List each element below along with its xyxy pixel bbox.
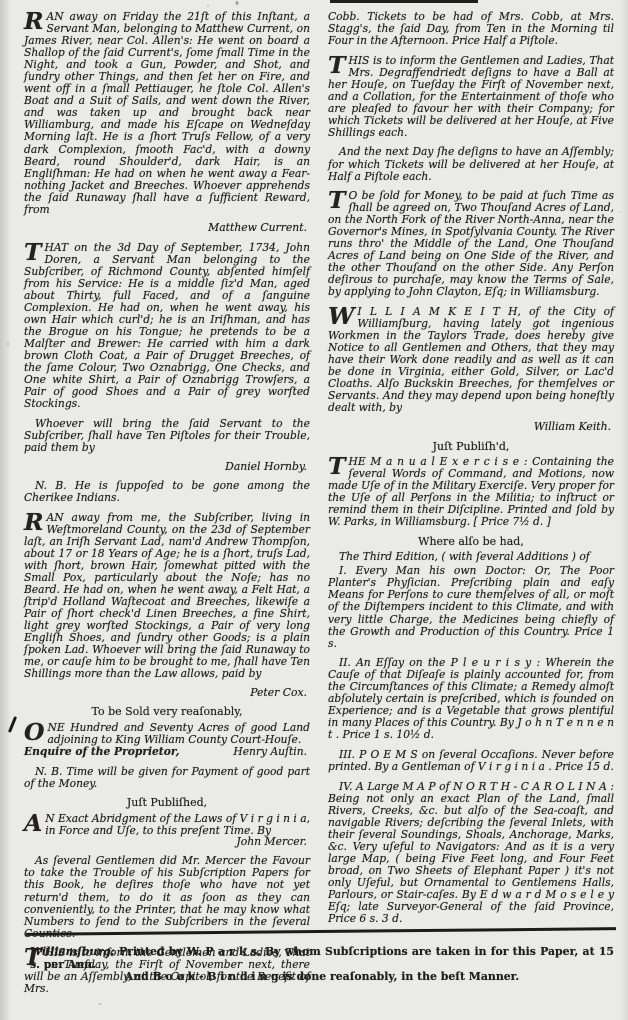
ad-text: I L L I A M K E I T H, of the City of Wi… <box>328 305 614 414</box>
imprint-text: Printed by W. P a r k s. By whom Subſcri… <box>30 945 614 971</box>
mercer-subscription-note: As ſeveral Gentlemen did Mr. Mercer the … <box>24 855 310 939</box>
ad-text: HIS is to inform the Gentlemen and Ladie… <box>328 54 614 139</box>
ad-text: HE M a n u a l E x e r c i s e : Contain… <box>328 455 614 528</box>
ad-cobb-continuation: Cobb. Tickets to be had of Mrs. Cobb, at… <box>328 11 614 47</box>
signature-john-mercer: John Mercer. <box>24 836 307 848</box>
dropcap-letter: T <box>328 456 349 477</box>
dropcap-letter: A <box>24 813 45 834</box>
nota-bene-cherikee: N. B. He is ſuppoſed to be gone among th… <box>24 480 310 504</box>
ad-north-anna-land: TO be ſold for Money, to be paid at ſuch… <box>328 190 614 298</box>
signature-matthew-current: Matthew Current. <box>24 222 307 234</box>
signature-henry-austin: Henry Auſtin. <box>233 746 307 758</box>
dropcap-letter: W <box>328 306 357 327</box>
newspaper-page: RAN away on Friday the 21ſt of this Inſt… <box>0 0 628 1020</box>
heading-where-also: Where alſo be had, <box>328 536 614 549</box>
dropcap-letter: T <box>328 190 349 211</box>
left-column: RAN away on Friday the 21ſt of this Inſt… <box>24 11 310 1003</box>
ad-text: AN away from me, the Subſcriber, living … <box>24 511 310 681</box>
nota-bene-payment: N. B. Time will be given for Payment of … <box>24 766 310 790</box>
ad-manual-exercise: THE M a n u a l E x e r c i s e : Contai… <box>328 456 614 528</box>
book-item-map-north-carolina: IV. A Large M A P of N O R T H - C A R O… <box>328 781 614 926</box>
heading-just-published: Juſt Publiſhed, <box>24 797 310 810</box>
signature-daniel-hornby: Daniel Hornby. <box>24 461 307 473</box>
ad-ball-assembly-next-day: And the next Day ſhe deſigns to have an … <box>328 146 614 182</box>
heading-to-be-sold: To be Sold very reaſonably, <box>24 706 310 719</box>
imprint-line-2: And B o o k - B i n d i n g is done reaſ… <box>30 971 614 984</box>
enquire-line: Enquire of the Proprietor,Henry Auſtin. <box>24 746 307 758</box>
ad-runaway-doren-reward: Whoever will bring the ſaid Servant to t… <box>24 418 310 454</box>
dropcap-letter: R <box>24 512 47 533</box>
third-edition-line: The Third Edition, ( with ſeveral Additi… <box>328 551 614 563</box>
book-item-poems: III. P O E M S on ſeveral Occaſions. Nev… <box>328 749 614 773</box>
imprint-footer: Williamſburg: Printed by W. P a r k s. B… <box>0 930 628 984</box>
ad-runaway-current: RAN away on Friday the 21ſt of this Inſt… <box>24 11 310 216</box>
signature-peter-cox: Peter Cox. <box>24 687 307 699</box>
ad-text: NE Hundred and Seventy Acres of good Lan… <box>47 721 310 746</box>
book-item-every-man-doctor: I. Every Man his own Doctor: Or, The Poo… <box>328 565 614 649</box>
dropcap-letter: T <box>328 55 349 76</box>
two-column-layout: RAN away on Friday the 21ſt of this Inſt… <box>0 0 628 1003</box>
dropcap-letter: O <box>24 722 47 743</box>
ad-ball-degraffendriedt: THIS is to inform the Gentlemen and Ladi… <box>328 55 614 139</box>
right-column: Cobb. Tickets to be had of Mrs. Cobb, at… <box>328 11 614 1003</box>
enquire-text: Enquire of the Proprietor, <box>24 746 179 758</box>
ad-william-keith-taylor: WI L L I A M K E I T H, of the City of W… <box>328 306 614 414</box>
ad-text: O be ſold for Money, to be paid at ſuch … <box>328 189 614 298</box>
top-edge-ink-mark <box>330 0 478 3</box>
ad-abridgment-laws: AN Exact Abridgment of the Laws of V i r… <box>24 813 310 837</box>
imprint-place: Williamſburg: <box>30 945 115 958</box>
dropcap-letter: R <box>24 11 47 32</box>
heading-just-publishd: Juſt Publiſh'd, <box>328 441 614 454</box>
ad-text: HAT on the 3d Day of September, 1734, Jo… <box>24 241 310 411</box>
ad-text: AN away on Friday the 21ſt of this Inſta… <box>24 10 310 216</box>
ad-text: N Exact Abridgment of the Laws of V i r … <box>45 812 310 837</box>
ad-runaway-doren: THAT on the 3d Day of September, 1734, J… <box>24 242 310 411</box>
ad-land-sale: ONE Hundred and Seventy Acres of good La… <box>24 722 310 746</box>
book-item-pleurisy-essay: II. An Eſſay on the P l e u r i s y : Wh… <box>328 657 614 741</box>
dropcap-letter: T <box>24 242 45 263</box>
imprint-line-1: Williamſburg: Printed by W. P a r k s. B… <box>30 946 614 971</box>
signature-william-keith: William Keith. <box>328 421 611 433</box>
ad-runaway-thompson: RAN away from me, the Subſcriber, living… <box>24 512 310 681</box>
